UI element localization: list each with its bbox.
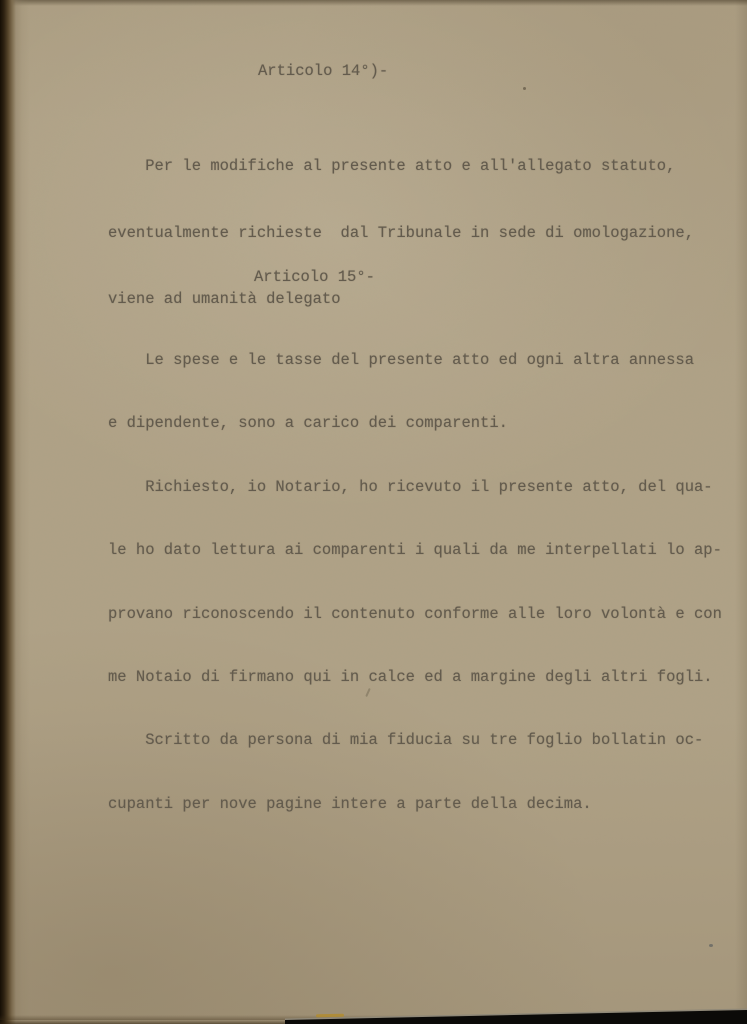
typed-line: cupanti per nove pagine intere a parte d… — [108, 791, 722, 818]
article-15-body: Le spese e le tasse del presente atto ed… — [108, 311, 722, 854]
typed-line: le ho dato lettura ai comparenti i quali… — [108, 537, 722, 564]
scanned-document-page: Articolo 14°)- Per le modifiche al prese… — [0, 0, 747, 1024]
paper-speck — [523, 87, 526, 90]
scan-bottom-black-band — [285, 1006, 747, 1024]
scan-edge-top — [0, 0, 747, 6]
typed-line: Scritto da persona di mia fiducia su tre… — [108, 727, 722, 754]
scan-bottom-amber-sliver — [316, 1014, 344, 1018]
scan-edge-left — [0, 0, 30, 1024]
scan-edge-right — [735, 0, 747, 1024]
article-14-heading: Articolo 14°)- — [258, 63, 388, 80]
scan-edge-bottom-shadow — [0, 1015, 747, 1024]
paper-speck — [709, 944, 713, 947]
typed-line: e dipendente, sono a carico dei comparen… — [108, 410, 722, 437]
article-15-heading: Articolo 15°- — [254, 269, 375, 286]
typed-line: eventualmente richieste dal Tribunale in… — [108, 218, 694, 249]
typed-line: Le spese e le tasse del presente atto ed… — [108, 347, 722, 374]
typed-line: me Notaio di firmano qui in calce ed a m… — [108, 664, 722, 691]
typed-line: Richiesto, io Notario, ho ricevuto il pr… — [108, 474, 722, 501]
scan-bottom-highlight — [285, 1006, 747, 1024]
typed-line: provano riconoscendo il contenuto confor… — [108, 601, 722, 628]
typed-line: viene ad umanità delegato — [108, 284, 694, 315]
typed-line: Per le modifiche al presente atto e all'… — [108, 151, 694, 182]
